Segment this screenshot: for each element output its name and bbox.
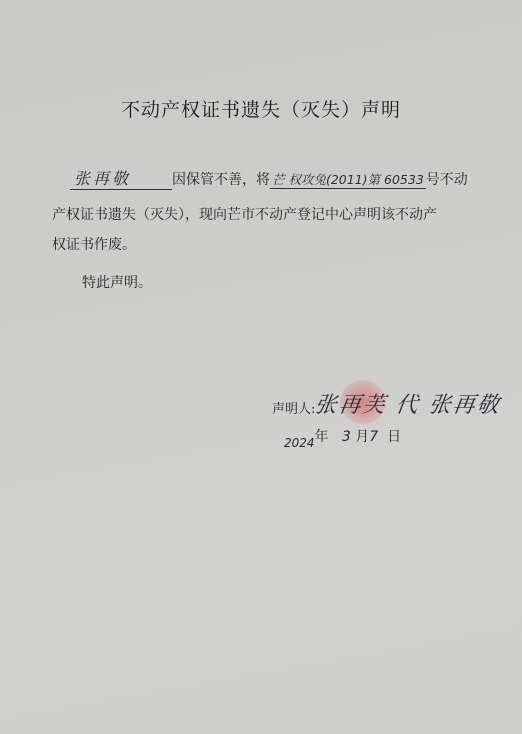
body-line-2: 产权证书遗失（灭失），现向芒市不动产登记中心声明该不动产: [52, 204, 437, 224]
date-month-unit: 月: [355, 429, 369, 445]
date-day-unit: 日: [387, 429, 401, 445]
date-day: 7: [369, 429, 378, 445]
handwritten-signature: 张再芙 代 张再敬: [313, 388, 503, 419]
date-year-unit: 年: [315, 429, 329, 445]
scanned-document-page: 不动产权证书遗失（灭失）声明 张再敬因保管不善，将芒 权攻兔(2011)第 60…: [0, 0, 522, 734]
body-line-1: 张再敬因保管不善，将芒 权攻兔(2011)第 60533号不动: [70, 166, 468, 190]
date-year: 2024: [284, 436, 315, 450]
document-title: 不动产权证书遗失（灭失）声明: [0, 95, 522, 122]
declaration-date: 2024年 3 月7 日: [284, 426, 401, 446]
certificate-number-handwritten: 芒 权攻兔(2011)第 60533: [270, 170, 426, 189]
closing-statement: 特此声明。: [82, 272, 152, 292]
date-month: 3: [342, 429, 351, 445]
declarant-name-handwritten: 张再敬: [70, 166, 172, 190]
body-line-3: 权证书作废。: [52, 234, 136, 254]
body-text-a: 因保管不善，将: [172, 172, 270, 188]
signature-label: 声明人:: [272, 398, 315, 417]
body-text-b: 号不动: [426, 172, 468, 188]
